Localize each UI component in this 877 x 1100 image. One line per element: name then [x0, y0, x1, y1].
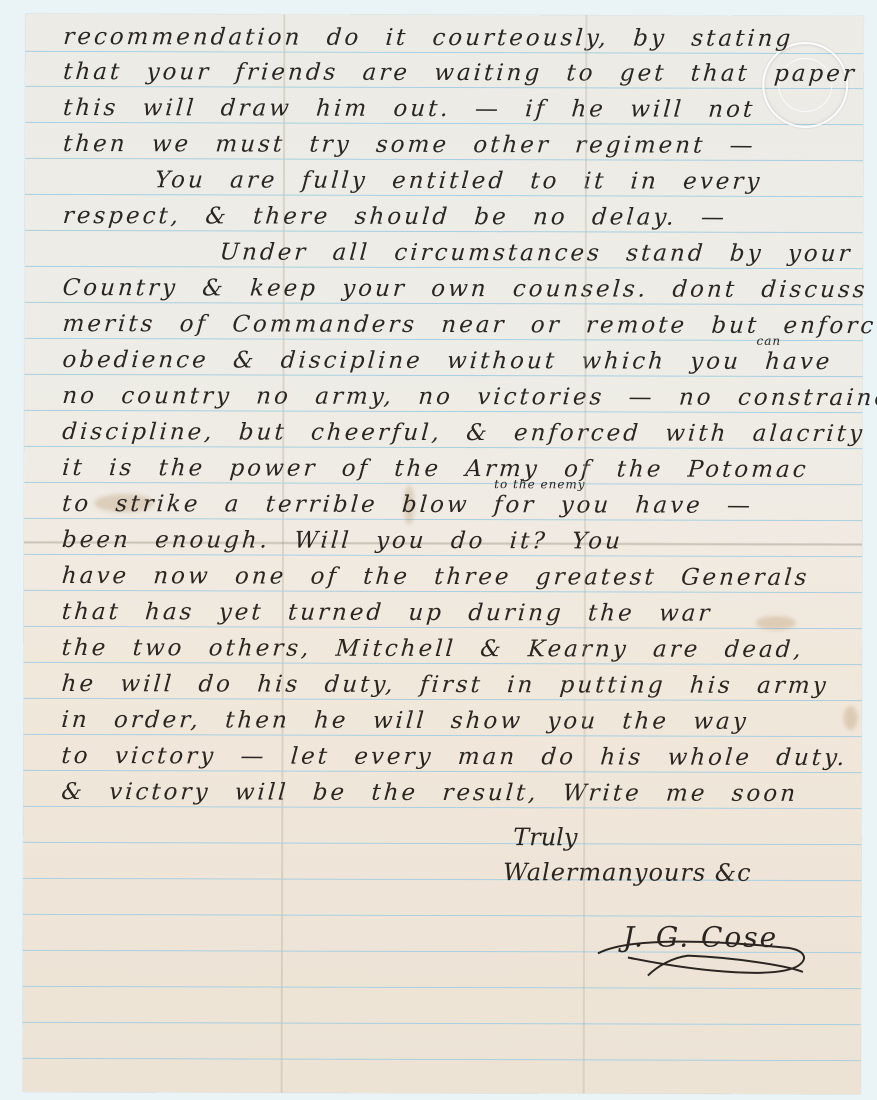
letter-line: the two others, Mitchell & Kearny are de… [61, 635, 853, 663]
letter-line: discipline, but cheerful, & enforced wit… [61, 419, 853, 447]
letter-line: in order, then he will show you the way [61, 707, 853, 735]
letter-line: obedience & discipline without which you… [62, 347, 854, 375]
interlinear-insertion: to the enemy [494, 477, 585, 491]
letter-line: he will do his duty, first in putting hi… [61, 671, 853, 699]
closing-line: Walermanyours &c [503, 858, 752, 887]
letter-line: You are fully entitled to it in every [154, 167, 877, 195]
letter-line: no country no army, no victories — no co… [61, 383, 853, 411]
letter-page: recommendation do it courteously, by sta… [23, 14, 864, 1094]
ruled-line [23, 1022, 861, 1025]
interlinear-insertion: can [757, 334, 782, 348]
ruled-line [23, 842, 861, 845]
letter-line: & victory will be the result, Write me s… [60, 779, 852, 807]
ruled-line [23, 914, 861, 917]
letter-line: Under all circumstances stand by your [219, 239, 877, 267]
letter-line: to victory — let every man do his whole … [61, 743, 853, 771]
letter-line: that has yet turned up during the war [61, 599, 853, 627]
ruled-line [23, 1058, 861, 1061]
signature-flourish-icon [588, 935, 818, 996]
letter-line: recommendation do it courteously, by sta… [62, 24, 854, 52]
letter-line: Country & keep your own counsels. dont d… [62, 275, 854, 303]
closing-salutation: Truly [513, 823, 577, 851]
letter-line: have now one of the three greatest Gener… [61, 563, 853, 591]
letter-line: it is the power of the Army of the Potom… [61, 455, 853, 483]
letter-line: respect, & there should be no delay. — [62, 203, 854, 231]
letter-line: that your friends are waiting to get tha… [62, 59, 854, 87]
letter-line: to strike a terrible blow for you have — [61, 491, 853, 519]
letter-line: this will draw him out. — if he will not [62, 95, 854, 123]
letter-line: then we must try some other regiment — [62, 131, 854, 159]
letter-line: been enough. Will you do it? You [61, 527, 853, 555]
letter-line: merits of Commanders near or remote but … [62, 311, 854, 339]
